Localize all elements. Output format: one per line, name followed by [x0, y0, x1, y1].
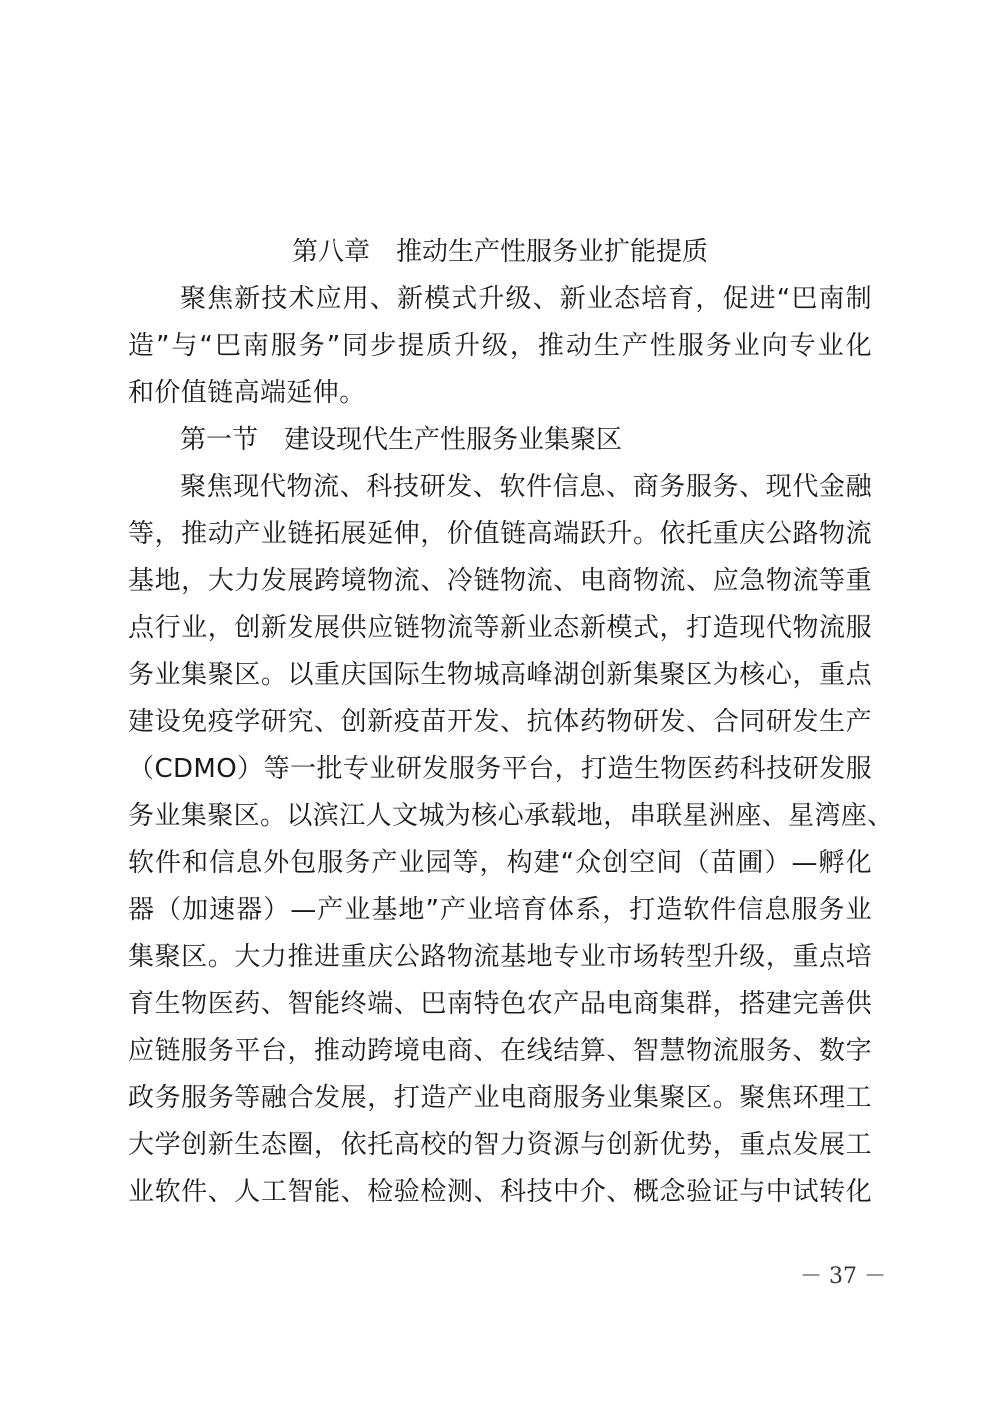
chapter-title: 第八章 推动生产性服务业扩能提质 — [0, 232, 1000, 272]
body-line: 等，推动产业链拓展延伸，价值链高端跃升。依托重庆公路物流 — [128, 514, 872, 554]
body-line: 大学创新生态圈，依托高校的智力资源与创新优势，重点发展工 — [128, 1125, 872, 1165]
body-line: 建设免疫学研究、创新疫苗开发、抗体药物研发、合同研发生产 — [128, 702, 872, 742]
body-line: 应链服务平台，推动跨境电商、在线结算、智慧物流服务、数字 — [128, 1031, 872, 1071]
body-line: 育生物医药、智能终端、巴南特色农产品电商集群，搭建完善供 — [128, 984, 872, 1024]
body-line: 务业集聚区。以重庆国际生物城高峰湖创新集聚区为核心，重点 — [128, 655, 872, 695]
body-line: 点行业，创新发展供应链物流等新业态新模式，打造现代物流服 — [128, 608, 872, 648]
intro-line: 造”与“巴南服务”同步提质升级，推动生产性服务业向专业化 — [128, 326, 872, 366]
document-page: 第八章 推动生产性服务业扩能提质 聚焦新技术应用、新模式升级、新业态培育，促进“… — [0, 0, 1000, 1414]
body-line: 政务服务等融合发展，打造产业电商服务业集聚区。聚焦环理工 — [128, 1078, 872, 1118]
body-line: 器（加速器）—产业基地”产业培育体系，打造软件信息服务业 — [128, 890, 872, 930]
section-title: 第一节 建设现代生产性服务业集聚区 — [180, 420, 622, 460]
body-line: 集聚区。大力推进重庆公路物流基地专业市场转型升级，重点培 — [128, 937, 872, 977]
body-line: 基地，大力发展跨境物流、冷链物流、电商物流、应急物流等重 — [128, 561, 872, 601]
body-line: 业软件、人工智能、检验检测、科技中介、概念验证与中试转化 — [128, 1172, 872, 1212]
body-line: 务业集聚区。以滨江人文城为核心承载地，串联星洲座、星湾座、 — [128, 796, 872, 836]
intro-line: 和价值链高端延伸。 — [128, 373, 872, 413]
page-number: － 37 － — [800, 1262, 886, 1292]
body-line: （CDMO）等一批专业研发服务平台，打造生物医药科技研发服 — [128, 749, 872, 789]
intro-line: 聚焦新技术应用、新模式升级、新业态培育，促进“巴南制 — [180, 279, 872, 319]
body-line: 软件和信息外包服务产业园等，构建“众创空间（苗圃）—孵化 — [128, 843, 872, 883]
body-line: 聚焦现代物流、科技研发、软件信息、商务服务、现代金融 — [180, 467, 872, 507]
